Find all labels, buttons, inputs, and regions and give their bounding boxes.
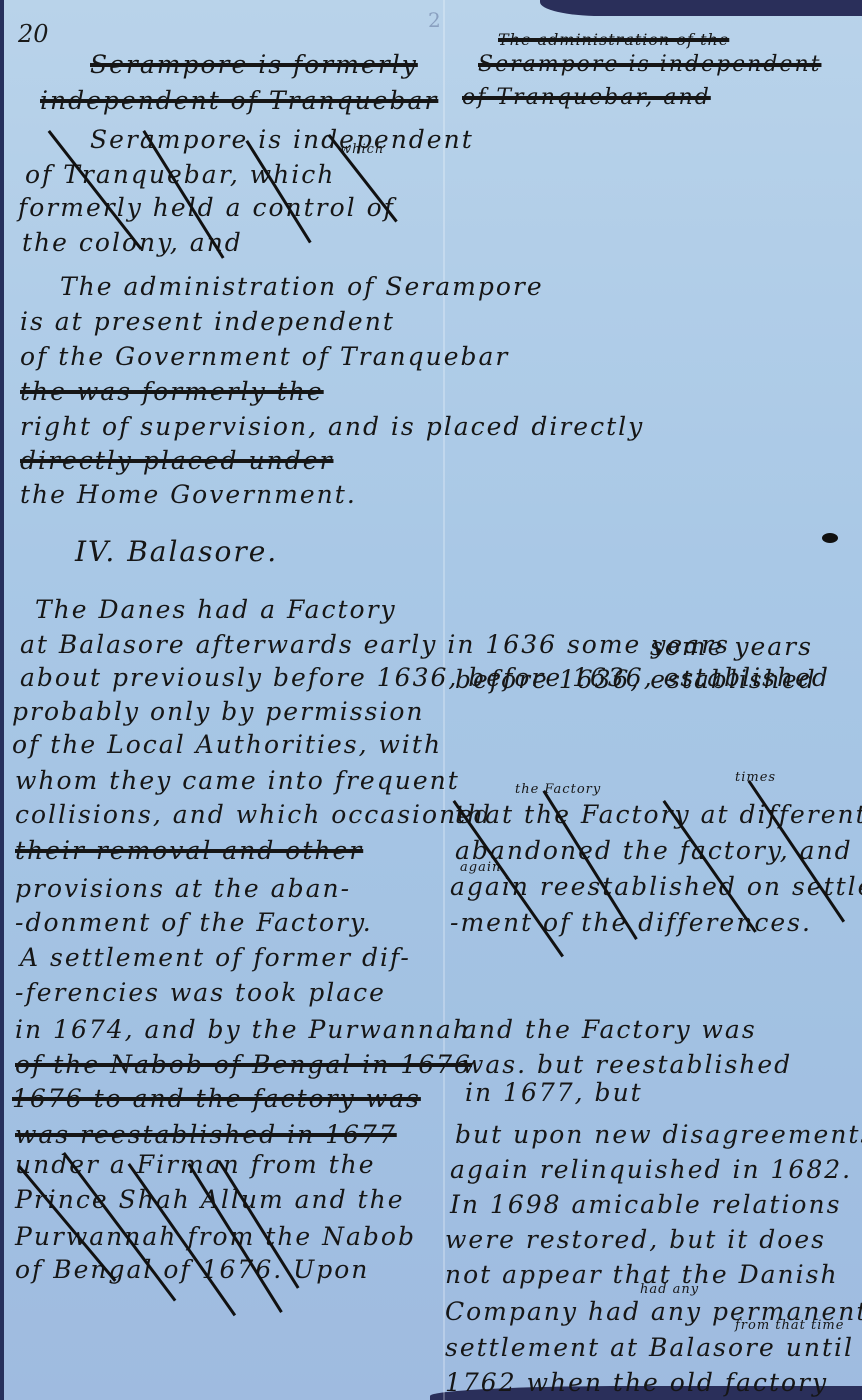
text-line: 1762 when the old factory — [445, 1368, 828, 1397]
text-line: before 1636, established — [455, 665, 817, 694]
text-line: was. but reestablished — [462, 1050, 792, 1079]
text-line: of Tranquebar, which — [25, 160, 335, 189]
text-line: and the Factory was — [462, 1015, 757, 1044]
center-fold — [443, 0, 445, 1400]
text-line: is at present independent — [20, 307, 395, 336]
text-line: but upon new disagreements — [455, 1120, 862, 1149]
struck-line: 1676 to and the factory was — [12, 1084, 421, 1113]
text-line: of the Government of Tranquebar — [20, 342, 509, 371]
page-edge-shadow — [540, 0, 862, 16]
interlinear-insert: had any — [640, 1282, 699, 1297]
text-line: probably only by permission — [12, 697, 425, 726]
text-line: the Home Government. — [20, 480, 357, 509]
manuscript-page: 20 2 Serampore is formerly independent o… — [0, 0, 862, 1400]
text-line: whom they came into frequent — [15, 766, 460, 795]
pencil-folio: 2 — [428, 8, 441, 32]
struck-heading-line: Serampore is formerly — [90, 50, 418, 79]
text-line: settlement at Balasore until — [445, 1333, 854, 1362]
text-line: again relinquished in 1682. — [450, 1155, 852, 1184]
cancel-stroke — [245, 140, 311, 243]
struck-line: was reestablished in 1677 — [15, 1120, 397, 1149]
text-line: in 1674, and by the Purwannah — [15, 1015, 471, 1044]
struck-line: their removal and other — [15, 836, 363, 865]
text-line: -ferencies was took place — [15, 978, 386, 1007]
text-line: The Danes had a Factory — [35, 595, 397, 624]
struck-heading-line: The administration of the — [498, 30, 729, 49]
text-line: A settlement of former dif- — [20, 943, 411, 972]
struck-line: directly placed under — [20, 446, 333, 475]
text-line: that the Factory at different times was … — [455, 800, 862, 829]
text-line: at Balasore afterwards early in 1636 som… — [20, 630, 730, 659]
struck-heading-line: Serampore is independent — [478, 52, 821, 77]
struck-heading-line: of Tranquebar, and — [462, 85, 711, 110]
text-line: of the Local Authorities, with — [12, 730, 442, 759]
ink-blot — [822, 533, 838, 543]
folio-number: 20 — [18, 20, 49, 48]
text-line: formerly held a control of — [18, 193, 395, 222]
text-line: right of supervision, and is placed dire… — [20, 412, 644, 441]
text-line: -donment of the Factory. — [15, 908, 373, 937]
text-line: of Bengal of 1676. Upon — [15, 1255, 369, 1284]
text-line: The administration of Serampore — [60, 272, 544, 301]
interlinear-insert: from that time — [735, 1318, 844, 1333]
struck-line: the was formerly the — [20, 377, 324, 406]
text-line: In 1698 amicable relations — [450, 1190, 841, 1219]
interlinear-insert: the Factory — [515, 782, 601, 797]
text-line: collisions, and which occasioned — [15, 800, 492, 829]
interlinear-insert: times — [735, 770, 776, 785]
text-line: were restored, but it does — [445, 1225, 826, 1254]
struck-line: of the Nabob of Bengal in 1676 — [15, 1050, 472, 1079]
text-line: provisions at the aban- — [15, 874, 351, 903]
text-line: the colony, and — [22, 228, 243, 257]
struck-heading-line: independent of Tranquebar — [40, 86, 438, 115]
text-line: some years — [650, 632, 813, 661]
text-line: in 1677, but — [465, 1078, 643, 1107]
section-heading: IV. Balasore. — [75, 535, 278, 568]
